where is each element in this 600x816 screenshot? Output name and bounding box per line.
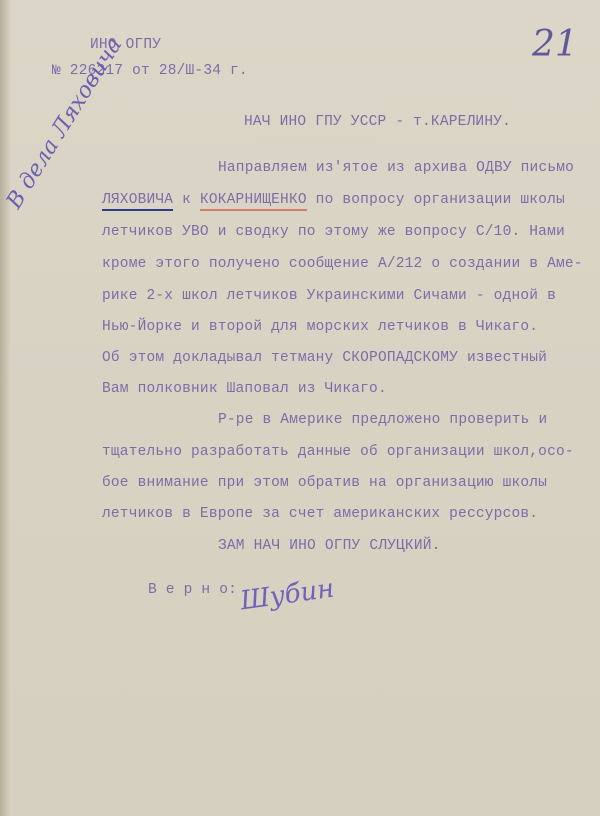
conjunction: к: [182, 192, 191, 208]
body-line-6: Нью-Йорке и второй для морских летчиков …: [102, 319, 538, 335]
certification-label: В е р н о:: [148, 582, 237, 598]
body-line-7: Об этом докладывал тетману СКОРОПАДСКОМУ…: [102, 350, 547, 366]
body-line-2: ЛЯХОВИЧА к КОКАРНИЩЕНКО по вопросу орган…: [102, 192, 565, 208]
body-line-9: Р-ре в Америке предложено проверить и: [218, 412, 547, 428]
underlined-name-kokarnishchenko: КОКАРНИЩЕНКО: [200, 192, 307, 211]
body-line-11: бое внимание при этом обратив на организ…: [102, 475, 547, 491]
signatory-line: ЗАМ НАЧ ИНО ОГПУ СЛУЦКИЙ.: [218, 538, 441, 554]
body-line-4: кроме этого получено сообщение А/212 о с…: [102, 256, 583, 272]
underlined-name-lyakhovich: ЛЯХОВИЧА: [102, 192, 173, 211]
body-line-8: Вам полковник Шаповал из Чикаго.: [102, 381, 387, 397]
page-binding-edge: [0, 0, 10, 816]
body-line-5: рике 2-х школ летчиков Украинскими Сичам…: [102, 288, 556, 304]
margin-handwritten-note: В дела Ляховича: [2, 33, 127, 213]
body-line-12: летчиков в Европе за счет американских р…: [102, 506, 538, 522]
body-line-1: Направляем из'ятое из архива ОДВУ письмо: [218, 160, 574, 176]
body-line-2-rest: по вопросу организации школы: [316, 192, 565, 208]
body-line-10: тщательно разработать данные об организа…: [102, 444, 574, 460]
document-page: ​ ИНО ОГПУ № 226217 от 28/Ш-34 г. 21 В д…: [0, 0, 600, 816]
folio-number: 21: [532, 24, 578, 65]
body-line-3: летчиков УВО и сводку по этому же вопрос…: [102, 224, 565, 240]
handwritten-signature: Шубин: [238, 574, 336, 617]
addressee: НАЧ ИНО ГПУ УССР - т.КАРЕЛИНУ.: [244, 114, 511, 130]
